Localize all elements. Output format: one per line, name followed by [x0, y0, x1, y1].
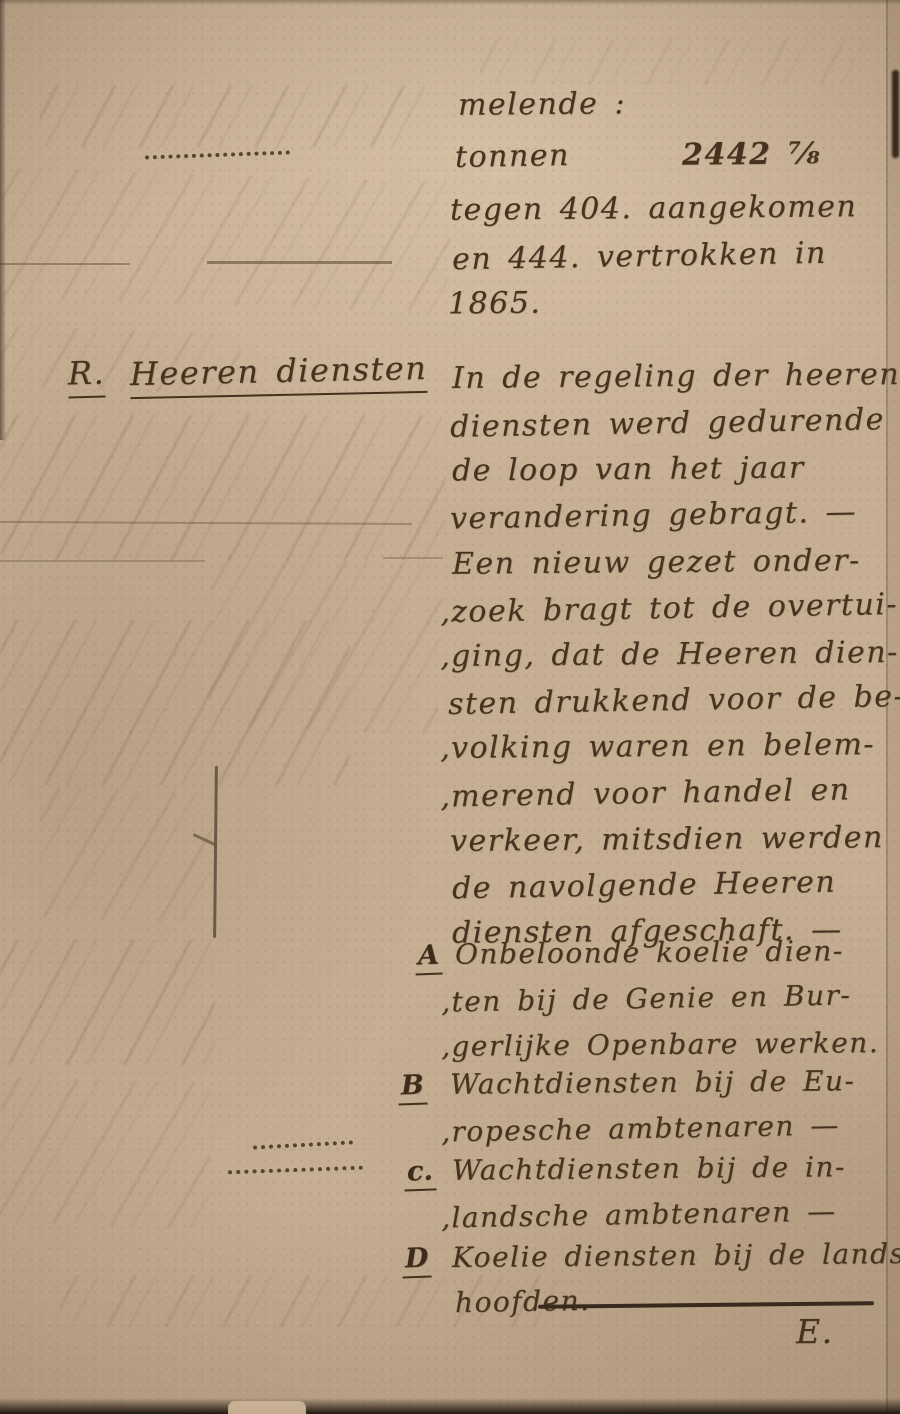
margin-tick	[192, 833, 215, 846]
dotted-mark	[253, 1140, 353, 1149]
item-label: A	[414, 940, 442, 976]
bleedthrough-smudge	[480, 40, 870, 85]
page-edge-top	[0, 0, 900, 5]
body-line: diensten werd gedurende	[450, 403, 885, 444]
page-edge-left	[0, 0, 6, 440]
right-edge-shade	[888, 0, 900, 1414]
bleedthrough-smudge	[38, 787, 212, 923]
opening-line: melende :	[458, 87, 626, 121]
bleedthrough-smudge	[0, 415, 445, 560]
tonnage-label: tonnen	[455, 139, 570, 174]
body-line: de navolgende Heeren	[452, 866, 837, 906]
item-line: ‚ropesche ambtenaren —	[441, 1111, 840, 1149]
bleedthrough-smudge	[207, 556, 443, 734]
heading-title: Heeren diensten	[130, 351, 428, 399]
opening-line: en 444. vertrokken in	[452, 237, 827, 277]
bleedthrough-smudge	[0, 940, 215, 1065]
page-edge-bottom	[0, 1398, 900, 1414]
item-line: ‚ten bij de Genie en Bur-	[441, 980, 852, 1018]
faint-line	[0, 560, 205, 562]
body-line: verkeer, mitsdien werden	[450, 821, 884, 858]
item-line: ‚landsche ambtenaren —	[441, 1197, 837, 1235]
catchword: E.	[796, 1314, 834, 1351]
item-label: B	[397, 1070, 427, 1106]
body-line: verandering gebragt. —	[450, 495, 857, 535]
faint-line	[0, 263, 130, 265]
dotted-mark	[145, 150, 290, 159]
manuscript-page: melende : tonnen 2442 ⅞ tegen 404. aange…	[0, 0, 900, 1414]
faint-line	[207, 261, 392, 264]
body-line: sten drukkend voor de be-	[448, 680, 900, 721]
margin-bracket	[213, 766, 218, 938]
faint-line	[383, 557, 443, 559]
bleedthrough-smudge	[40, 85, 430, 147]
item-line: Wachtdiensten bij de in-	[452, 1152, 846, 1186]
body-line: In de regeling der heeren	[452, 358, 900, 395]
bottom-edge-tab	[228, 1401, 306, 1414]
dotted-mark	[228, 1166, 363, 1175]
body-line: ‚merend voor handel en	[440, 773, 851, 813]
item-label: D	[401, 1242, 432, 1278]
heading-index: R.	[67, 356, 105, 399]
faint-line	[0, 521, 412, 525]
item-line: Wachtdiensten bij de Eu-	[450, 1066, 856, 1100]
item-line: Koelie diensten bij de lands	[452, 1239, 900, 1274]
body-line: Een nieuw gezet onder-	[452, 544, 861, 581]
bleedthrough-smudge	[0, 1076, 212, 1228]
opening-line: 1865.	[448, 287, 542, 321]
tonnage-value: 2442 ⅞	[682, 137, 821, 171]
opening-line: tegen 404. aangekomen	[450, 190, 858, 227]
top-right-edge-mark	[892, 70, 899, 158]
bleedthrough-smudge	[0, 167, 452, 313]
item-line: hoofden.	[455, 1286, 591, 1319]
body-line: de loop van het jaar	[452, 451, 805, 487]
item-line: Onbeloonde koelie dien-	[455, 936, 844, 970]
body-line: ‚volking waren en belem-	[440, 728, 875, 765]
item-label: c.	[403, 1155, 436, 1191]
body-line: ‚ging, dat de Heeren dien-	[440, 636, 899, 673]
item-line: ‚gerlijke Openbare werken.	[441, 1028, 879, 1063]
bleedthrough-smudge	[0, 620, 350, 785]
body-line: ‚zoek bragt tot de overtui-	[440, 588, 899, 629]
